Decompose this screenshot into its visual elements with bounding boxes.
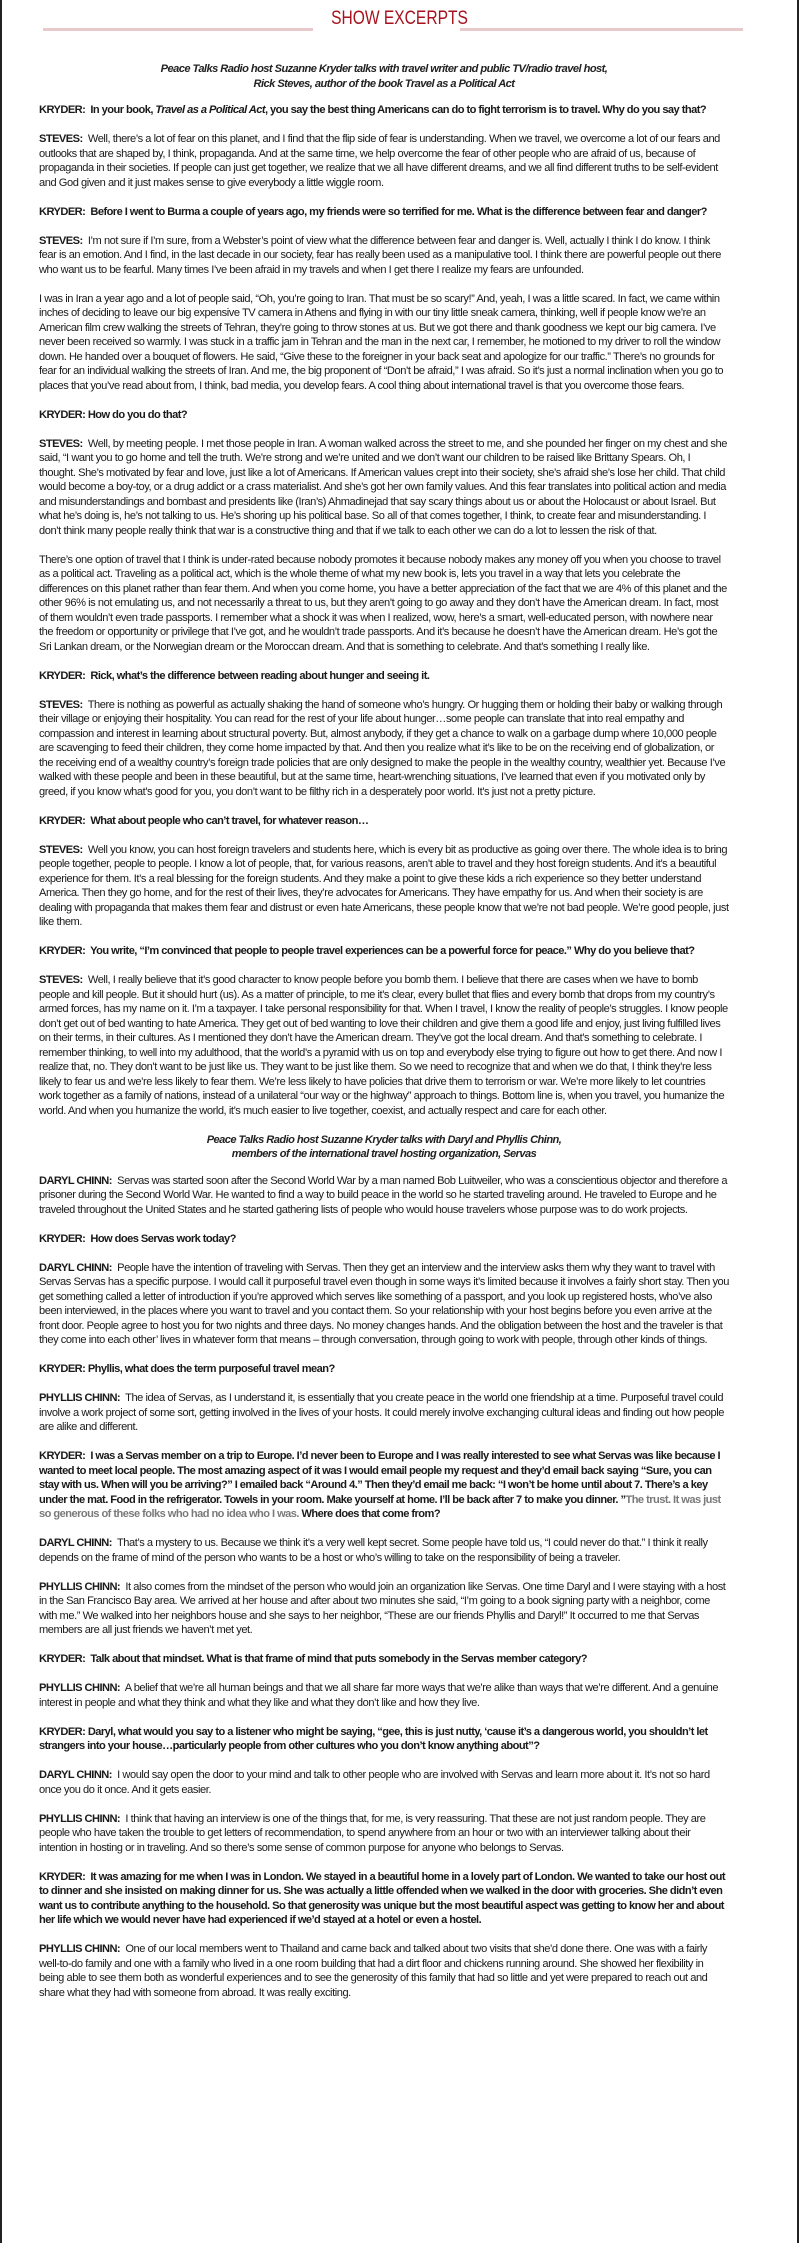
speaker-label: KRYDER: — [39, 1450, 85, 1462]
intro-line: Rick Steves, author of the book Travel a… — [39, 77, 729, 92]
paragraph-text: I’m not sure if I’m sure, from a Webster… — [39, 235, 721, 276]
paragraph-text: There is nothing as powerful as actually… — [39, 699, 725, 798]
question-paragraph: KRYDER: What about people who can’t trav… — [39, 814, 729, 829]
paragraph-text: I was a Servas member on a trip to Europ… — [39, 1450, 720, 1506]
answer-paragraph: DARYL CHINN: Servas was started soon aft… — [39, 1174, 729, 1218]
answer-paragraph: STEVES: I’m not sure if I’m sure, from a… — [39, 234, 729, 278]
answer-paragraph: PHYLLIS CHINN: A belief that we’re all h… — [39, 1681, 729, 1710]
question-paragraph: KRYDER: Before I went to Burma a couple … — [39, 205, 729, 220]
question-paragraph: KRYDER: Daryl, what would you say to a l… — [39, 1725, 729, 1754]
speaker-label: STEVES: — [39, 133, 83, 145]
book-title: Travel as a Political Act — [155, 104, 265, 116]
answer-paragraph: STEVES: Well, I really believe that it’s… — [39, 973, 729, 1118]
paragraph-text: There’s one option of travel that I thin… — [39, 554, 727, 653]
question-paragraph: KRYDER: It was amazing for me when I was… — [39, 1870, 729, 1928]
speaker-label: STEVES: — [39, 235, 83, 247]
answer-paragraph: PHYLLIS CHINN: I think that having an in… — [39, 1812, 729, 1856]
question-paragraph: KRYDER: How does Servas work today? — [39, 1232, 729, 1247]
speaker-label: KRYDER: — [39, 670, 85, 682]
question-paragraph: KRYDER: You write, “I’m convinced that p… — [39, 944, 729, 959]
paragraph-text: Where does that come from? — [299, 1508, 440, 1520]
answer-paragraph: PHYLLIS CHINN: It also comes from the mi… — [39, 1580, 729, 1638]
paragraph-text: That’s a mystery to us. Because we think… — [39, 1537, 708, 1564]
question-paragraph: KRYDER: Phyllis, what does the term purp… — [39, 1362, 729, 1377]
speaker-label: STEVES: — [39, 844, 83, 856]
answer-paragraph: DARYL CHINN: I would say open the door t… — [39, 1768, 729, 1797]
speaker-label: KRYDER: — [39, 1653, 85, 1665]
paragraph-text: Phyllis, what does the term purposeful t… — [88, 1363, 335, 1375]
intro-line: Peace Talks Radio host Suzanne Kryder ta… — [39, 62, 729, 77]
paragraph-text: It was amazing for me when I was in Lond… — [39, 1871, 725, 1927]
excerpts-content: Peace Talks Radio host Suzanne Kryder ta… — [39, 62, 729, 2015]
section1-intro: Peace Talks Radio host Suzanne Kryder ta… — [39, 62, 729, 91]
answer-paragraph: I was in Iran a year ago and a lot of pe… — [39, 292, 729, 394]
speaker-label: KRYDER: — [39, 409, 85, 421]
paragraph-text: Servas was started soon after the Second… — [39, 1175, 727, 1216]
header-rule-right — [460, 28, 743, 31]
answer-paragraph: STEVES: Well, there’s a lot of fear on t… — [39, 132, 729, 190]
paragraph-text: Rick, what’s the difference between read… — [90, 670, 429, 682]
speaker-label: KRYDER: — [39, 1726, 85, 1738]
speaker-label: PHYLLIS CHINN: — [39, 1581, 120, 1593]
paragraph-text: In your book, — [90, 104, 155, 116]
speaker-label: KRYDER: — [39, 945, 85, 957]
paragraph-text: How do you do that? — [88, 409, 187, 421]
speaker-label: DARYL CHINN: — [39, 1175, 112, 1187]
speaker-label: KRYDER: — [39, 206, 85, 218]
speaker-label: DARYL CHINN: — [39, 1769, 112, 1781]
paragraph-text: Well, by meeting people. I met those peo… — [39, 438, 727, 537]
answer-paragraph: STEVES: Well you know, you can host fore… — [39, 843, 729, 930]
answer-paragraph: DARYL CHINN: That’s a mystery to us. Bec… — [39, 1536, 729, 1565]
speaker-label: KRYDER: — [39, 815, 85, 827]
page-title: SHOW EXCERPTS — [74, 8, 726, 30]
paragraph-text: How does Servas work today? — [90, 1233, 235, 1245]
question-paragraph: KRYDER: Rick, what’s the difference betw… — [39, 669, 729, 684]
paragraph-text: I think that having an interview is one … — [39, 1813, 706, 1854]
paragraph-text: Well, I really believe that it’s good ch… — [39, 974, 728, 1117]
section-header: SHOW EXCERPTS — [2, 8, 797, 36]
paragraph-text: Well, there’s a lot of fear on this plan… — [39, 133, 720, 189]
paragraph-text: Daryl, what would you say to a listener … — [39, 1726, 708, 1753]
answer-paragraph: PHYLLIS CHINN: The idea of Servas, as I … — [39, 1391, 729, 1435]
intro-line: Peace Talks Radio host Suzanne Kryder ta… — [39, 1133, 729, 1148]
paragraph-text: What about people who can’t travel, for … — [90, 815, 368, 827]
paragraph-text: Before I went to Burma a couple of years… — [90, 206, 706, 218]
speaker-label: PHYLLIS CHINN: — [39, 1943, 120, 1955]
speaker-label: PHYLLIS CHINN: — [39, 1392, 120, 1404]
paragraph-text: , you say the best thing Americans can d… — [265, 104, 706, 116]
speaker-label: STEVES: — [39, 699, 83, 711]
paragraph-text: I would say open the door to your mind a… — [39, 1769, 710, 1796]
paragraph-text: Well you know, you can host foreign trav… — [39, 844, 729, 929]
speaker-label: KRYDER: — [39, 104, 85, 116]
question-paragraph: KRYDER: Talk about that mindset. What is… — [39, 1652, 729, 1667]
speaker-label: STEVES: — [39, 438, 83, 450]
speaker-label: DARYL CHINN: — [39, 1262, 112, 1274]
speaker-label: PHYLLIS CHINN: — [39, 1682, 120, 1694]
speaker-label: DARYL CHINN: — [39, 1537, 112, 1549]
answer-paragraph: STEVES: Well, by meeting people. I met t… — [39, 437, 729, 539]
paragraph-text: Talk about that mindset. What is that fr… — [90, 1653, 587, 1665]
paragraph-text: The idea of Servas, as I understand it, … — [39, 1392, 724, 1433]
paragraph-text: You write, “I’m convinced that people to… — [90, 945, 694, 957]
question-paragraph: KRYDER: In your book, Travel as a Politi… — [39, 103, 729, 118]
speaker-label: PHYLLIS CHINN: — [39, 1813, 120, 1825]
answer-paragraph: There’s one option of travel that I thin… — [39, 553, 729, 655]
paragraph-text: It also comes from the mindset of the pe… — [39, 1581, 725, 1637]
intro-line: members of the international travel host… — [39, 1147, 729, 1162]
paragraph-text: A belief that we’re all human beings and… — [39, 1682, 718, 1709]
speaker-label: KRYDER: — [39, 1363, 85, 1375]
paragraph-text: People have the intention of traveling w… — [39, 1262, 729, 1347]
paragraph-text: I was in Iran a year ago and a lot of pe… — [39, 293, 723, 392]
answer-paragraph: DARYL CHINN: People have the intention o… — [39, 1261, 729, 1348]
question-paragraph: KRYDER: How do you do that? — [39, 408, 729, 423]
document-page: SHOW EXCERPTS Peace Talks Radio host Suz… — [0, 0, 799, 2243]
speaker-label: KRYDER: — [39, 1233, 85, 1245]
section2-intro: Peace Talks Radio host Suzanne Kryder ta… — [39, 1133, 729, 1162]
speaker-label: KRYDER: — [39, 1871, 85, 1883]
paragraph-text: One of our local members went to Thailan… — [39, 1943, 707, 1999]
answer-paragraph: PHYLLIS CHINN: One of our local members … — [39, 1942, 729, 2000]
speaker-label: STEVES: — [39, 974, 83, 986]
question-paragraph: KRYDER: I was a Servas member on a trip … — [39, 1449, 729, 1522]
answer-paragraph: STEVES: There is nothing as powerful as … — [39, 698, 729, 800]
